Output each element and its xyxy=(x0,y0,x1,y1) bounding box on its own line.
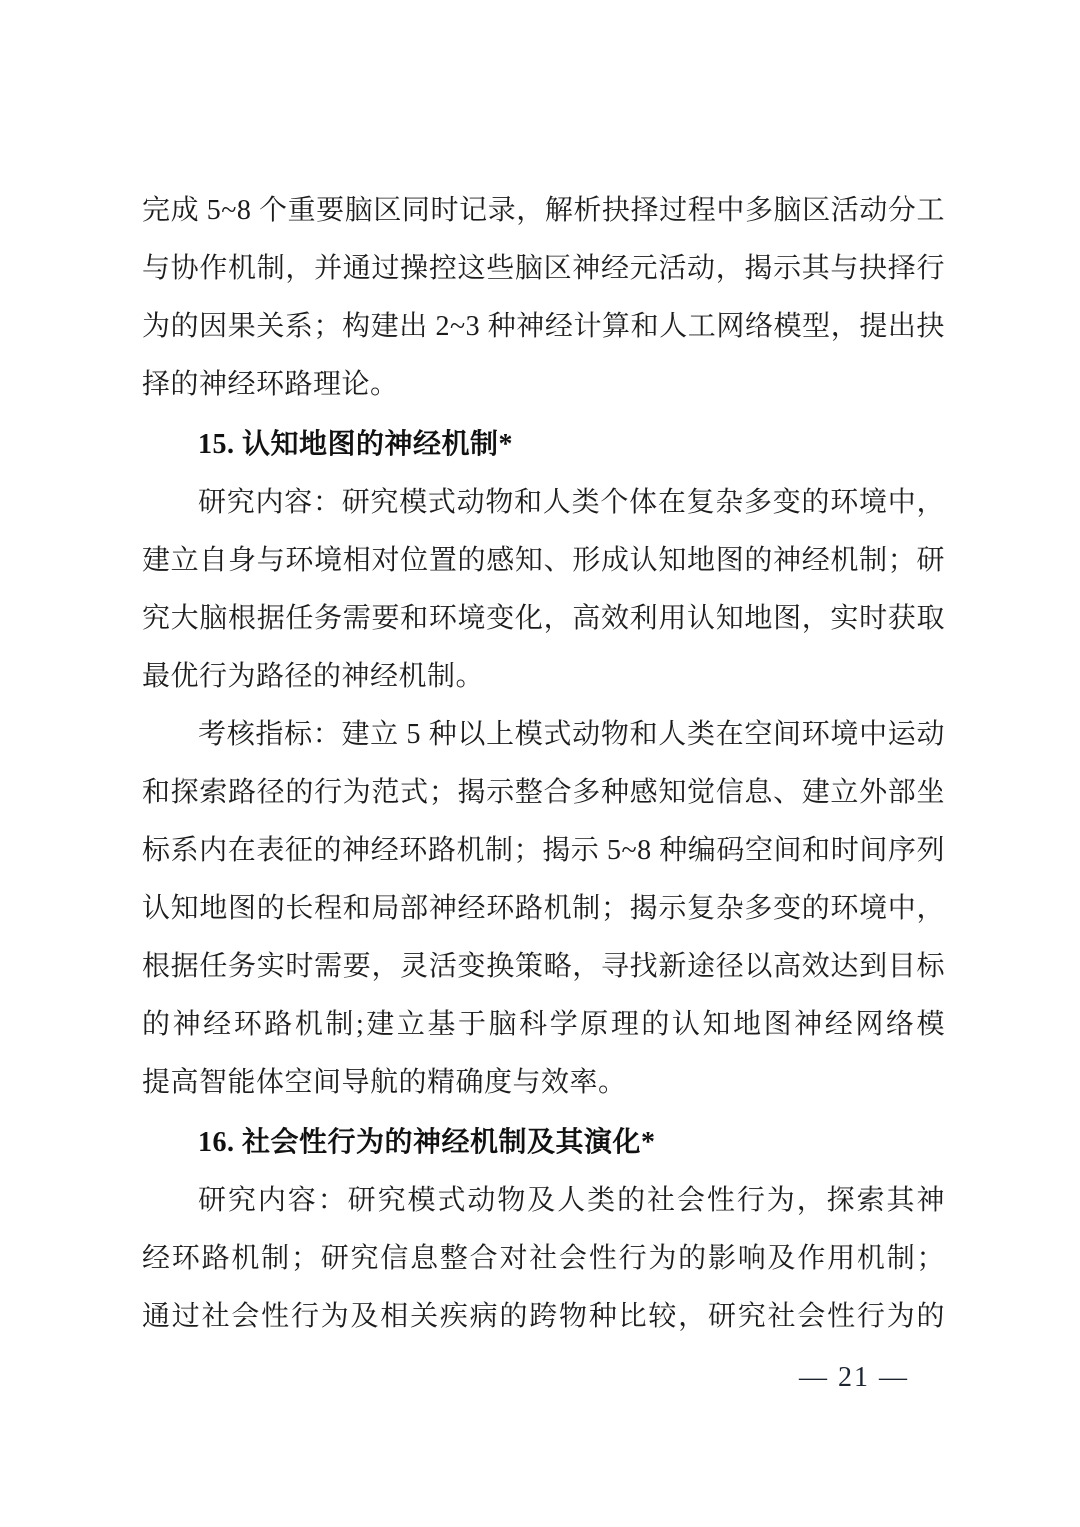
section-heading-15: 15. 认知地图的神经机制* xyxy=(142,416,945,474)
page-footer: — 21 — xyxy=(799,1362,909,1394)
text-line: 研究内容：研究模式动物及人类的社会性行为，探索其神 xyxy=(142,1172,945,1230)
paragraph-continued-assessment-metrics-14: 完成 5~8 个重要脑区同时记录，解析抉择过程中多脑区活动分工与协作机制，并通过… xyxy=(142,182,945,414)
text-line: 提高智能体空间导航的精确度与效率。 xyxy=(142,1054,945,1112)
text-line: 究大脑根据任务需要和环境变化，高效利用认知地图，实时获取 xyxy=(142,590,945,648)
text-line: 建立自身与环境相对位置的感知、形成认知地图的神经机制；研 xyxy=(142,532,945,590)
text-line: 与协作机制，并通过操控这些脑区神经元活动，揭示其与抉择行 xyxy=(142,240,945,298)
text-line: 最优行为路径的神经机制。 xyxy=(142,648,945,706)
text-line: 的神经环路机制;建立基于脑科学原理的认知地图神经网络模型， xyxy=(142,996,945,1054)
text-line: 根据任务实时需要，灵活变换策略，寻找新途径以高效达到目标 xyxy=(142,938,945,996)
text-line: 考核指标：建立 5 种以上模式动物和人类在空间环境中运动 xyxy=(142,706,945,764)
text-line: 和探索路径的行为范式；揭示整合多种感知觉信息、建立外部坐 xyxy=(142,764,945,822)
text-line: 择的神经环路理论。 xyxy=(142,356,945,414)
text-line: 经环路机制；研究信息整合对社会性行为的影响及作用机制； xyxy=(142,1230,945,1288)
paragraph-assessment-metrics-15: 考核指标：建立 5 种以上模式动物和人类在空间环境中运动和探索路径的行为范式；揭… xyxy=(142,706,945,1112)
text-line: 16. 社会性行为的神经机制及其演化* xyxy=(142,1114,945,1172)
text-line: 为的因果关系；构建出 2~3 种神经计算和人工网络模型，提出抉 xyxy=(142,298,945,356)
text-line: 通过社会性行为及相关疾病的跨物种比较，研究社会性行为的 xyxy=(142,1288,945,1346)
text-line: 15. 认知地图的神经机制* xyxy=(142,416,945,474)
text-line: 研究内容：研究模式动物和人类个体在复杂多变的环境中， xyxy=(142,474,945,532)
page-body-text: 完成 5~8 个重要脑区同时记录，解析抉择过程中多脑区活动分工与协作机制，并通过… xyxy=(142,182,945,1346)
text-line: 完成 5~8 个重要脑区同时记录，解析抉择过程中多脑区活动分工 xyxy=(142,182,945,240)
text-line: 认知地图的长程和局部神经环路机制；揭示复杂多变的环境中， xyxy=(142,880,945,938)
paragraph-research-content-15: 研究内容：研究模式动物和人类个体在复杂多变的环境中，建立自身与环境相对位置的感知… xyxy=(142,474,945,706)
section-heading-16: 16. 社会性行为的神经机制及其演化* xyxy=(142,1114,945,1172)
document-page: 完成 5~8 个重要脑区同时记录，解析抉择过程中多脑区活动分工与协作机制，并通过… xyxy=(0,0,1080,1527)
text-line: 标系内在表征的神经环路机制；揭示 5~8 种编码空间和时间序列 xyxy=(142,822,945,880)
paragraph-research-content-16: 研究内容：研究模式动物及人类的社会性行为，探索其神经环路机制；研究信息整合对社会… xyxy=(142,1172,945,1346)
page-number: — 21 — xyxy=(799,1362,909,1393)
